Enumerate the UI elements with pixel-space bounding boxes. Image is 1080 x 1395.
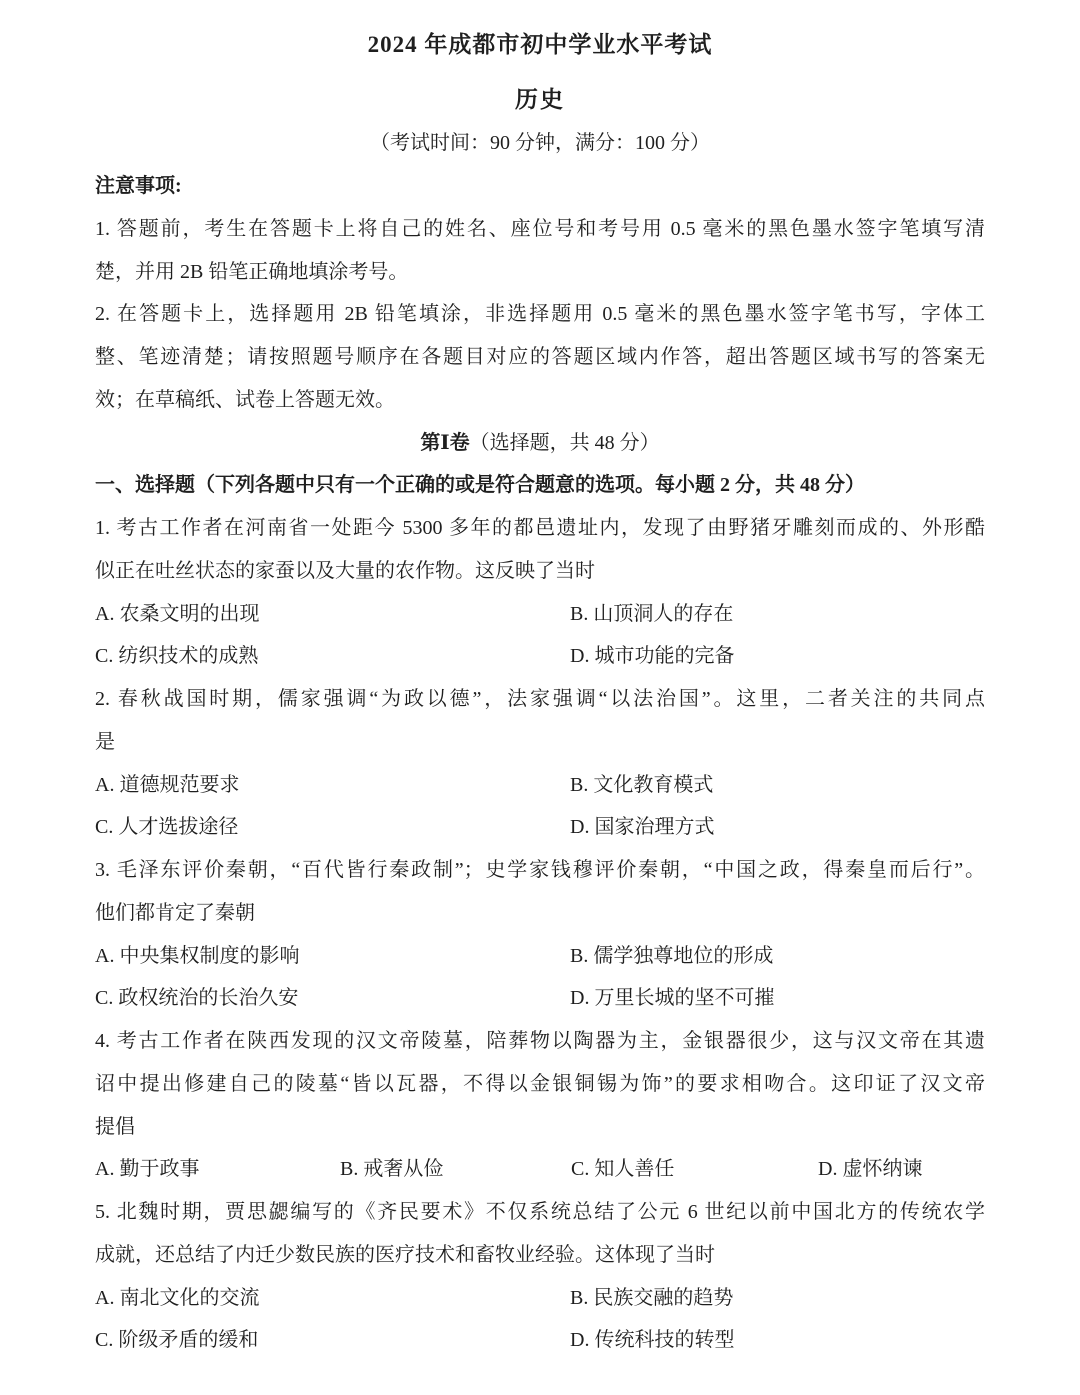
page-content: 2024 年成都市初中学业水平考试 历史 （考试时间：90 分钟，满分：100 … xyxy=(0,0,1080,1362)
question-5-stem-line-2: 成就，还总结了内迁少数民族的医疗技术和畜牧业经验。这体现了当时 xyxy=(95,1234,985,1277)
question-2-option-a: A. 道德规范要求 xyxy=(95,764,570,807)
question-2-option-b: B. 文化教育模式 xyxy=(570,764,985,807)
question-2-option-d: D. 国家治理方式 xyxy=(570,806,985,849)
volume-rest: （选择题，共 48 分） xyxy=(470,432,660,454)
question-3-option-c: C. 政权统治的长治久安 xyxy=(95,977,570,1020)
question-1-option-d: D. 城市功能的完备 xyxy=(570,635,985,678)
notice-line-4: 整、笔迹清楚；请按照题号顺序在各题目对应的答题区域内作答，超出答题区域书写的答案… xyxy=(95,336,985,379)
question-1-option-c: C. 纺织技术的成熟 xyxy=(95,635,570,678)
volume-heading: 第Ⅰ卷（选择题，共 48 分） xyxy=(95,422,985,465)
question-5: 5. 北魏时期，贾思勰编写的《齐民要术》不仅系统总结了公元 6 世纪以前中国北方… xyxy=(95,1191,985,1362)
question-1-option-a: A. 农桑文明的出现 xyxy=(95,593,570,636)
section-heading: 一、选择题（下列各题中只有一个正确的或是符合题意的选项。每小题 2 分，共 48… xyxy=(95,464,985,507)
question-1-options-row-1: A. 农桑文明的出现 B. 山顶洞人的存在 xyxy=(95,593,985,636)
question-5-options-row-2: C. 阶级矛盾的缓和 D. 传统科技的转型 xyxy=(95,1319,985,1362)
question-3-option-d: D. 万里长城的坚不可摧 xyxy=(570,977,985,1020)
exam-title: 2024 年成都市初中学业水平考试 xyxy=(95,23,985,67)
question-1-option-b: B. 山顶洞人的存在 xyxy=(570,593,985,636)
question-1-options-row-2: C. 纺织技术的成熟 D. 城市功能的完备 xyxy=(95,635,985,678)
exam-meta: （考试时间：90 分钟，满分：100 分） xyxy=(95,122,985,165)
question-4-options-row: A. 勤于政事 B. 戒奢从俭 C. 知人善任 D. 虚怀纳谏 xyxy=(95,1148,985,1191)
question-5-options-row-1: A. 南北文化的交流 B. 民族交融的趋势 xyxy=(95,1277,985,1320)
notice-line-5: 效；在草稿纸、试卷上答题无效。 xyxy=(95,379,985,422)
question-2-stem-line-2: 是 xyxy=(95,721,985,764)
volume-label: 第Ⅰ卷 xyxy=(420,432,469,454)
question-3-stem-line-1: 3. 毛泽东评价秦朝，“百代皆行秦政制”；史学家钱穆评价秦朝，“中国之政，得秦皇… xyxy=(95,849,985,892)
question-5-option-a: A. 南北文化的交流 xyxy=(95,1277,570,1320)
question-5-stem-line-1: 5. 北魏时期，贾思勰编写的《齐民要术》不仅系统总结了公元 6 世纪以前中国北方… xyxy=(95,1191,985,1234)
question-4-stem-line-1: 4. 考古工作者在陕西发现的汉文帝陵墓，陪葬物以陶器为主，金银器很少，这与汉文帝… xyxy=(95,1020,985,1063)
question-4-option-c: C. 知人善任 xyxy=(571,1148,818,1191)
notice-line-2: 楚，并用 2B 铅笔正确地填涂考号。 xyxy=(95,251,985,294)
question-4-stem-line-2: 诏中提出修建自己的陵墓“皆以瓦器，不得以金银铜锡为饰”的要求相吻合。这印证了汉文… xyxy=(95,1063,985,1106)
notice-section: 注意事项: 1. 答题前，考生在答题卡上将自己的姓名、座位号和考号用 0.5 毫… xyxy=(95,165,985,422)
question-2-options-row-2: C. 人才选拔途径 D. 国家治理方式 xyxy=(95,806,985,849)
subject-title: 历史 xyxy=(95,78,985,122)
question-5-option-d: D. 传统科技的转型 xyxy=(570,1319,985,1362)
question-3-option-b: B. 儒学独尊地位的形成 xyxy=(570,935,985,978)
exam-paper-page: 2024 年成都市初中学业水平考试 历史 （考试时间：90 分钟，满分：100 … xyxy=(0,0,1080,1395)
question-3-options-row-2: C. 政权统治的长治久安 D. 万里长城的坚不可摧 xyxy=(95,977,985,1020)
question-5-option-c: C. 阶级矛盾的缓和 xyxy=(95,1319,570,1362)
question-4-option-b: B. 戒奢从俭 xyxy=(340,1148,571,1191)
question-5-option-b: B. 民族交融的趋势 xyxy=(570,1277,985,1320)
question-1-stem-line-2: 似正在吐丝状态的家蚕以及大量的农作物。这反映了当时 xyxy=(95,550,985,593)
notice-line-1: 1. 答题前，考生在答题卡上将自己的姓名、座位号和考号用 0.5 毫米的黑色墨水… xyxy=(95,208,985,251)
question-4: 4. 考古工作者在陕西发现的汉文帝陵墓，陪葬物以陶器为主，金银器很少，这与汉文帝… xyxy=(95,1020,985,1191)
question-2-option-c: C. 人才选拔途径 xyxy=(95,806,570,849)
question-1-stem-line-1: 1. 考古工作者在河南省一处距今 5300 多年的都邑遗址内，发现了由野猪牙雕刻… xyxy=(95,507,985,550)
question-3: 3. 毛泽东评价秦朝，“百代皆行秦政制”；史学家钱穆评价秦朝，“中国之政，得秦皇… xyxy=(95,849,985,1020)
question-2: 2. 春秋战国时期，儒家强调“为政以德”，法家强调“以法治国”。这里，二者关注的… xyxy=(95,678,985,849)
question-1: 1. 考古工作者在河南省一处距今 5300 多年的都邑遗址内，发现了由野猪牙雕刻… xyxy=(95,507,985,678)
question-2-options-row-1: A. 道德规范要求 B. 文化教育模式 xyxy=(95,764,985,807)
question-4-option-a: A. 勤于政事 xyxy=(95,1148,340,1191)
question-4-stem-line-3: 提倡 xyxy=(95,1106,985,1149)
question-2-stem-line-1: 2. 春秋战国时期，儒家强调“为政以德”，法家强调“以法治国”。这里，二者关注的… xyxy=(95,678,985,721)
question-3-option-a: A. 中央集权制度的影响 xyxy=(95,935,570,978)
notice-heading: 注意事项: xyxy=(95,165,985,208)
question-3-options-row-1: A. 中央集权制度的影响 B. 儒学独尊地位的形成 xyxy=(95,935,985,978)
notice-line-3: 2. 在答题卡上，选择题用 2B 铅笔填涂，非选择题用 0.5 毫米的黑色墨水签… xyxy=(95,293,985,336)
question-3-stem-line-2: 他们都肯定了秦朝 xyxy=(95,892,985,935)
question-4-option-d: D. 虚怀纳谏 xyxy=(818,1148,985,1191)
